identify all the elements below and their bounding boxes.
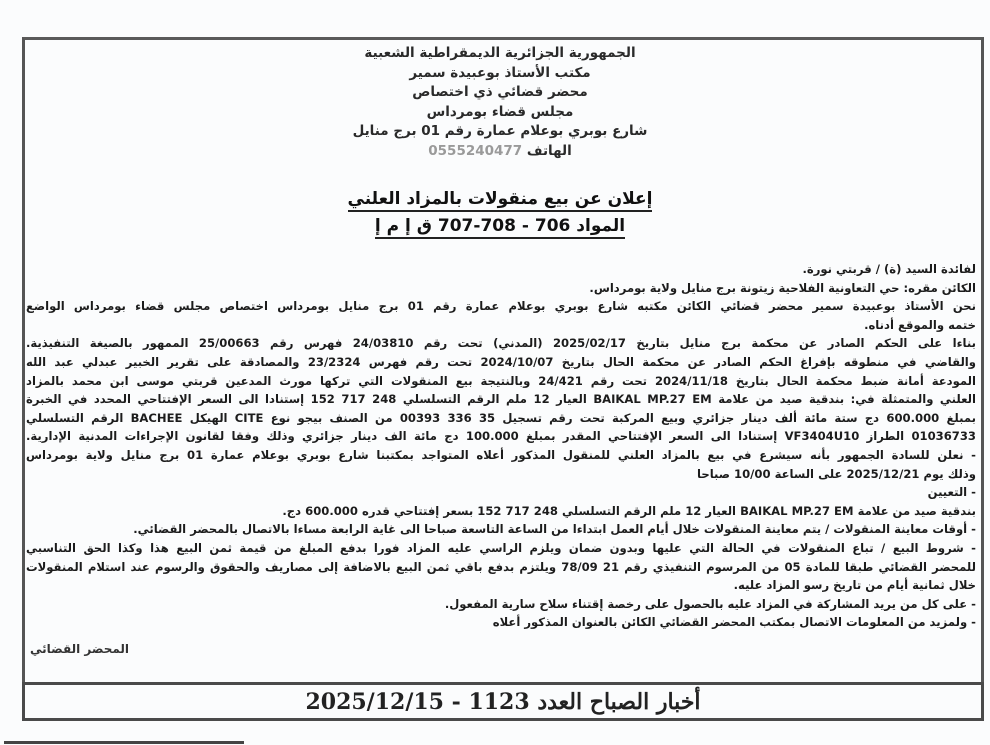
- newspaper-footer: أخبار الصباح العدد 1123 - 2025/12/15: [22, 682, 984, 721]
- body-line-conditions-deadline: خلال ثمانية أيام من تاريخ رسو المزاد علي…: [26, 576, 976, 595]
- body-line-items-vehicle-price: 01036733 الطراز VF3404U10 إستنادا الى ال…: [26, 427, 976, 446]
- body-line-judgment: بناءا على الحكم الصادر عن محكمة برج مناي…: [26, 334, 976, 353]
- header-line-republic: الجمهورية الجزائرية الديمقراطية الشعبية: [300, 44, 700, 64]
- body-line-inspection: - أوقات معاينة المنقولات / يتم معاينة ال…: [26, 520, 976, 539]
- header-line-address: شارع بوبري بوعلام عمارة رقم 01 برج منايل: [300, 122, 700, 142]
- body-line-residence: الكائن مقره: حي التعاونية الفلاحية زيتون…: [26, 279, 976, 298]
- footer-issue-text: أخبار الصباح العدد 1123 - 2025/12/15: [305, 689, 700, 715]
- header-line-court: مجلس قضاء بومرداس: [300, 103, 700, 123]
- body-line-contact: - ولمزيد من المعلومات الاتصال بمكتب المح…: [26, 613, 976, 632]
- divider-line: [4, 741, 244, 744]
- body-line-deposit: المودعة أمانة ضبط محكمة الحال بتاريخ 202…: [26, 372, 976, 391]
- notice-header: الجمهورية الجزائرية الديمقراطية الشعبية …: [300, 44, 700, 161]
- header-line-office: مكتب الأستاذ بوعبيدة سمير: [300, 64, 700, 84]
- title-main: إعلان عن بيع منقولات بالمزاد العلني: [348, 189, 653, 212]
- body-line-conditions-cont: للمحضر القضائي طبقا للمادة 05 من المرسوم…: [26, 558, 976, 577]
- phone-number: 0555240477: [428, 143, 522, 159]
- body-line-items-rifle: العلني والمتمثلة في: بندقية صيد من علامة…: [26, 390, 976, 409]
- title-articles: المواد 706 - 708-707 ق إ م إ: [375, 216, 625, 239]
- phone-label: الهاتف: [527, 143, 572, 159]
- notice-title: إعلان عن بيع منقولات بالمزاد العلني المو…: [340, 186, 660, 240]
- header-phone: الهاتف 0555240477: [300, 142, 700, 162]
- body-line-license: - على كل من يريد المشاركة في المزاد عليه…: [26, 595, 976, 614]
- body-line-bailiff-intro: نحن الأستاذ بوعبيدة سمير محضر قضائي الكا…: [26, 297, 976, 316]
- body-line-designation: بندقية صيد من علامة BAIKAL MP.27 EM العي…: [26, 502, 976, 521]
- body-line-ruling: والقاضي في منطوقه بإفراغ الحكم الصادر عن…: [26, 353, 976, 372]
- body-line-beneficiary: لفائدة السيد (ة) / قربتي نورة.: [26, 260, 976, 279]
- body-line-auction-date: وذلك يوم 2025/12/21 على الساعة 10/00 صبا…: [26, 465, 976, 484]
- body-line-items-vehicle: بمبلغ 600.000 دج ستة مائة ألف دينار جزائ…: [26, 409, 976, 428]
- body-line-announcement: - نعلن للسادة الجمهور بأنه سيشرع في بيع …: [26, 446, 976, 465]
- header-line-bailiff: محضر قضائي ذي اختصاص: [300, 83, 700, 103]
- body-line-signature-note: ختمه والموقع أدناه.: [26, 316, 976, 335]
- body-line-designation-heading: - التعيين: [26, 483, 976, 502]
- bailiff-signature: المحضر القضائي: [30, 642, 129, 656]
- body-line-conditions: - شروط البيع / تباع المنقولات في الحالة …: [26, 539, 976, 558]
- notice-body: لفائدة السيد (ة) / قربتي نورة. الكائن مق…: [26, 260, 976, 632]
